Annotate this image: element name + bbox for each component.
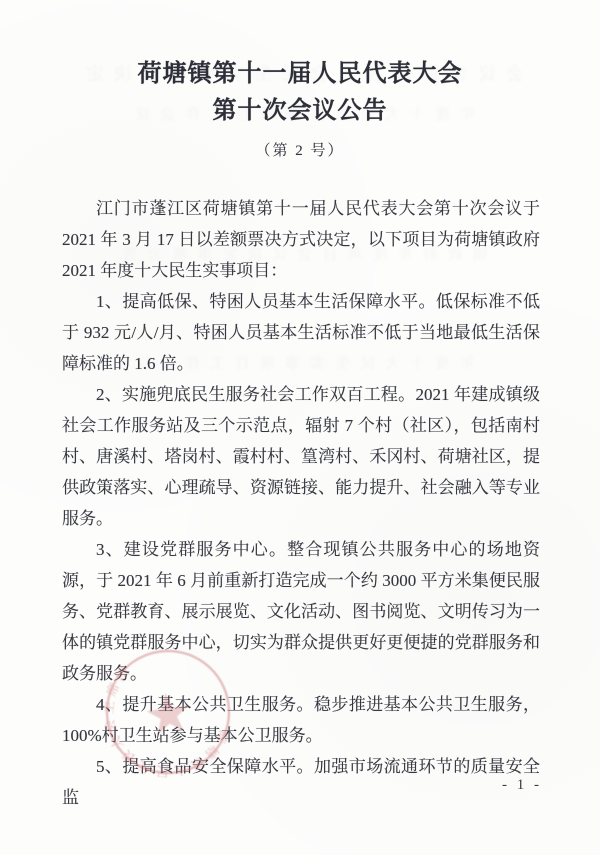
document-number: （第 2 号） — [0, 139, 600, 160]
intro-paragraph: 江门市蓬江区荷塘镇第十一届人民代表大会第十次会议于 2021 年 3 月 17 … — [62, 193, 540, 286]
page-number: - 1 - — [502, 777, 542, 794]
document-title-line2: 第十次会议公告 — [0, 93, 600, 130]
item-3-paragraph: 3、建设党群服务中心。整合现镇公共服务中心的场地资源，于 2021 年 6 月前… — [62, 534, 540, 689]
item-5-paragraph: 5、提高食品安全保障水平。加强市场流通环节的质量安全监 — [62, 751, 540, 813]
item-2-paragraph: 2、实施兜底民生服务社会工作双百工程。2021 年建成镇级社会工作服务站及三个示… — [62, 379, 540, 534]
item-1-paragraph: 1、提高低保、特困人员基本生活保障水平。低保标准不低于 932 元/人/月、特困… — [62, 286, 540, 379]
document-title-line1: 荷塘镇第十一届人民代表大会 — [0, 56, 600, 93]
item-4-paragraph: 4、提升基本公共卫生服务。稳步推进基本公共卫生服务，100%村卫生站参与基本公卫… — [62, 689, 540, 751]
document-body: 江门市蓬江区荷塘镇第十一届人民代表大会第十次会议于 2021 年 3 月 17 … — [62, 193, 540, 813]
document-header: 荷塘镇第十一届人民代表大会 第十次会议公告 （第 2 号） — [0, 56, 600, 160]
scanned-document-page: 会议公告代表大会民生实事项目决定 年度十大民生实事项目工作会议 镇政府年度项目会… — [0, 0, 600, 855]
